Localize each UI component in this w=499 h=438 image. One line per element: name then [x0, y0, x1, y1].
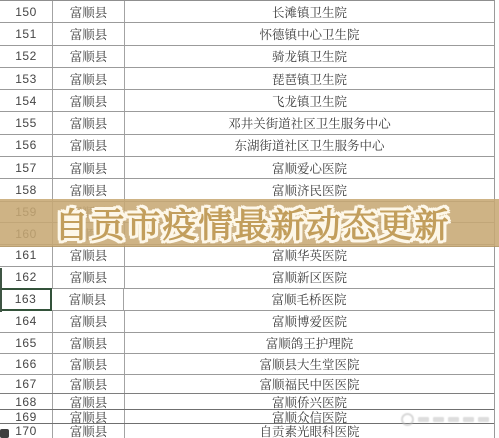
hospital-name-cell[interactable]: 飞龙镇卫生院 — [125, 90, 494, 111]
hospital-name-cell[interactable]: 琵琶镇卫生院 — [125, 68, 494, 89]
hospital-name-cell[interactable]: 富顺侨兴医院 — [125, 394, 494, 409]
row-number-cell[interactable]: 158 — [0, 179, 53, 200]
hospital-name-cell[interactable] — [125, 223, 494, 244]
hospital-name-cell[interactable]: 富顺福民中医医院 — [125, 375, 494, 393]
row-number-cell[interactable]: 160 — [0, 223, 53, 244]
watermark-logo-icon — [401, 413, 414, 426]
table-row: 153 富顺县 琵琶镇卫生院 — [0, 68, 494, 90]
hospital-name-cell[interactable] — [125, 202, 494, 222]
table-row: 157 富顺县 富顺爱心医院 — [0, 157, 494, 179]
watermark — [401, 413, 489, 426]
county-cell[interactable]: 富顺县 — [53, 223, 125, 244]
watermark-text-blur — [433, 417, 444, 422]
county-cell[interactable]: 富顺县 — [53, 179, 125, 200]
hospital-name-cell[interactable]: 富顺华英医院 — [125, 245, 494, 266]
hospital-name-cell[interactable]: 自贡素光眼科医院 — [125, 424, 494, 438]
hospital-name-cell[interactable]: 富顺济民医院 — [125, 179, 494, 200]
bottom-left-artifact — [0, 429, 9, 438]
row-number-cell[interactable]: 168 — [0, 394, 53, 409]
county-cell[interactable]: 富顺县 — [53, 267, 125, 288]
row-number-cell[interactable]: 169 — [0, 410, 53, 423]
row-number-cell[interactable]: 165 — [0, 333, 53, 354]
hospital-name-cell[interactable]: 富顺鸽王护理院 — [125, 333, 494, 354]
hospital-name-cell[interactable]: 怀德镇中心卫生院 — [125, 23, 494, 44]
hospital-name-cell[interactable]: 东湖街道社区卫生服务中心 — [125, 135, 494, 156]
table-row: 166 富顺县 富顺县大生堂医院 — [0, 354, 494, 375]
county-cell[interactable]: 富顺县 — [53, 157, 125, 178]
facility-table: 150 富顺县 长滩镇卫生院 151 富顺县 怀德镇中心卫生院 152 富顺县 … — [0, 0, 495, 438]
table-row: 158 富顺县 富顺济民医院 — [0, 179, 494, 201]
row-number-cell[interactable]: 159 — [0, 202, 53, 222]
row-number-cell[interactable]: 154 — [0, 90, 53, 111]
table-row: 159 富顺县 — [0, 202, 494, 223]
table-row: 151 富顺县 怀德镇中心卫生院 — [0, 23, 494, 45]
county-cell[interactable]: 富顺县 — [53, 202, 125, 222]
row-number-cell[interactable]: 153 — [0, 68, 53, 89]
table-row: 162 富顺县 富顺新区医院 — [0, 267, 494, 289]
county-cell[interactable]: 富顺县 — [53, 394, 125, 409]
county-cell[interactable]: 富顺县 — [53, 135, 125, 156]
table-row: 168 富顺县 富顺侨兴医院 — [0, 394, 494, 410]
watermark-text-blur — [418, 417, 429, 422]
hospital-name-cell[interactable]: 富顺博爱医院 — [125, 311, 494, 332]
hospital-name-cell[interactable]: 富顺县大生堂医院 — [125, 354, 494, 374]
table-body: 150 富顺县 长滩镇卫生院 151 富顺县 怀德镇中心卫生院 152 富顺县 … — [0, 1, 494, 438]
watermark-text-blur — [463, 417, 474, 422]
table-row: 155 富顺县 邓井关街道社区卫生服务中心 — [0, 112, 494, 134]
table-row: 167 富顺县 富顺福民中医医院 — [0, 375, 494, 394]
table-row: 154 富顺县 飞龙镇卫生院 — [0, 90, 494, 112]
county-cell[interactable]: 富顺县 — [53, 90, 125, 111]
selection-left-edge-mark — [0, 268, 2, 312]
row-number-cell[interactable]: 155 — [0, 112, 53, 133]
county-cell[interactable]: 富顺县 — [52, 289, 124, 310]
table-row: 156 富顺县 东湖街道社区卫生服务中心 — [0, 135, 494, 157]
table-row: 152 富顺县 骑龙镇卫生院 — [0, 46, 494, 68]
hospital-name-cell[interactable]: 邓井关街道社区卫生服务中心 — [125, 112, 494, 133]
table-row: 150 富顺县 长滩镇卫生院 — [0, 1, 494, 23]
county-cell[interactable]: 富顺县 — [53, 333, 125, 354]
screenshot-stage: 150 富顺县 长滩镇卫生院 151 富顺县 怀德镇中心卫生院 152 富顺县 … — [0, 0, 499, 438]
county-cell[interactable]: 富顺县 — [53, 112, 125, 133]
hospital-name-cell[interactable]: 骑龙镇卫生院 — [125, 46, 494, 67]
row-number-cell[interactable]: 166 — [0, 354, 53, 374]
table-row: 164 富顺县 富顺博爱医院 — [0, 311, 494, 333]
county-cell[interactable]: 富顺县 — [53, 311, 125, 332]
row-number-cell[interactable]: 164 — [0, 311, 53, 332]
table-row: 170 富顺县 自贡素光眼科医院 — [0, 424, 494, 438]
table-row: 165 富顺县 富顺鸽王护理院 — [0, 333, 494, 355]
row-number-cell[interactable]: 161 — [0, 245, 53, 266]
row-number-cell[interactable]: 151 — [0, 23, 53, 44]
watermark-text-blur — [448, 417, 459, 422]
table-row: 163 富顺县 富顺毛桥医院 — [0, 289, 494, 311]
county-cell[interactable]: 富顺县 — [53, 375, 125, 393]
county-cell[interactable]: 富顺县 — [53, 46, 125, 67]
row-number-cell[interactable]: 167 — [0, 375, 53, 393]
county-cell[interactable]: 富顺县 — [53, 23, 125, 44]
row-number-cell[interactable]: 150 — [0, 1, 53, 22]
row-number-cell[interactable]: 163 — [0, 288, 52, 311]
table-row: 161 富顺县 富顺华英医院 — [0, 245, 494, 267]
county-cell[interactable]: 富顺县 — [53, 410, 125, 423]
table-row: 160 富顺县 — [0, 223, 494, 245]
county-cell[interactable]: 富顺县 — [53, 68, 125, 89]
row-number-cell[interactable]: 152 — [0, 46, 53, 67]
county-cell[interactable]: 富顺县 — [53, 245, 125, 266]
row-number-cell[interactable]: 156 — [0, 135, 53, 156]
row-number-cell[interactable]: 162 — [0, 267, 53, 288]
hospital-name-cell[interactable]: 富顺爱心医院 — [125, 157, 494, 178]
county-cell[interactable]: 富顺县 — [53, 424, 125, 438]
hospital-name-cell[interactable]: 长滩镇卫生院 — [125, 1, 494, 22]
watermark-text-blur — [478, 417, 489, 422]
row-number-cell[interactable]: 157 — [0, 157, 53, 178]
hospital-name-cell[interactable]: 富顺新区医院 — [125, 267, 494, 288]
county-cell[interactable]: 富顺县 — [53, 354, 125, 374]
county-cell[interactable]: 富顺县 — [53, 1, 125, 22]
hospital-name-cell[interactable]: 富顺毛桥医院 — [124, 289, 494, 310]
